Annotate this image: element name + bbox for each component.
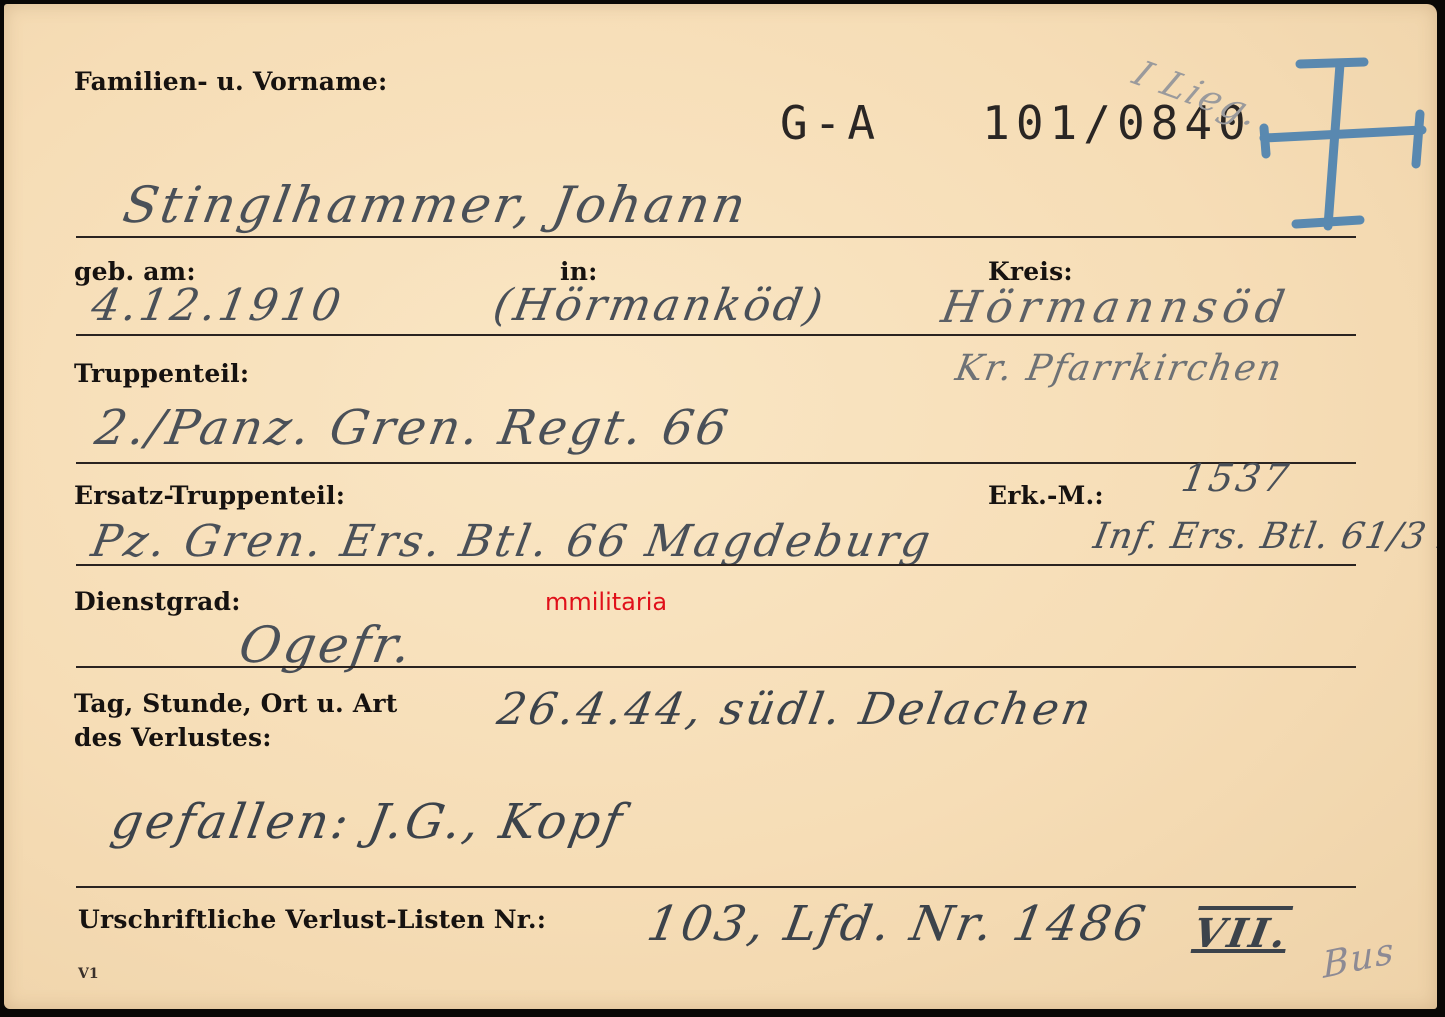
form-code: V1 <box>78 966 99 982</box>
divider <box>76 236 1356 238</box>
label-loss-list: Urschriftliche Verlust-Listen Nr.: <box>78 906 546 935</box>
label-unit: Truppenteil: <box>74 360 249 389</box>
blue-cross-icon <box>1256 56 1436 236</box>
index-card: G-A 101/0840 I Lieg. Familien- u. Vornam… <box>4 4 1437 1009</box>
label-loss-line2: des Verlustes: <box>74 724 272 753</box>
value-loss-line1: 26.4.44, südl. Delachen <box>494 684 1098 735</box>
divider <box>76 564 1356 566</box>
value-loss-list-annotation: VII. <box>1190 910 1293 957</box>
label-id-tag: Erk.-M.: <box>988 482 1104 511</box>
value-district-note: Kr. Pfarrkirchen <box>952 348 1286 389</box>
label-replacement-unit: Ersatz-Truppenteil: <box>74 482 345 511</box>
divider <box>76 334 1356 336</box>
divider <box>76 462 1356 464</box>
label-loss-line1: Tag, Stunde, Ort u. Art <box>74 690 398 719</box>
label-name: Familien- u. Vorname: <box>74 68 387 97</box>
value-loss-line2: gefallen: J.G., Kopf <box>107 794 629 850</box>
label-rank: Dienstgrad: <box>74 588 241 617</box>
value-loss-list: 103, Lfd. Nr. 1486 <box>643 896 1152 952</box>
watermark: mmilitaria <box>545 588 667 616</box>
divider <box>76 886 1356 888</box>
value-unit: 2./Panz. Gren. Regt. 66 <box>91 400 735 456</box>
value-birth-place: (Hörmanköd) <box>490 280 830 331</box>
value-id-tag-number: 1537 <box>1178 456 1294 500</box>
value-replacement-unit: Pz. Gren. Ers. Btl. 66 Magdeburg <box>88 516 937 567</box>
value-birth-date: 4.12.1910 <box>88 280 348 331</box>
value-name: Stinglhammer, Johann <box>119 176 753 234</box>
value-id-tag: Inf. Ers. Btl. 61/3 Kp. <box>1090 516 1437 557</box>
divider <box>76 666 1356 668</box>
value-district: Hörmannsöd <box>938 282 1295 333</box>
value-initials: Bus <box>1322 930 1396 987</box>
